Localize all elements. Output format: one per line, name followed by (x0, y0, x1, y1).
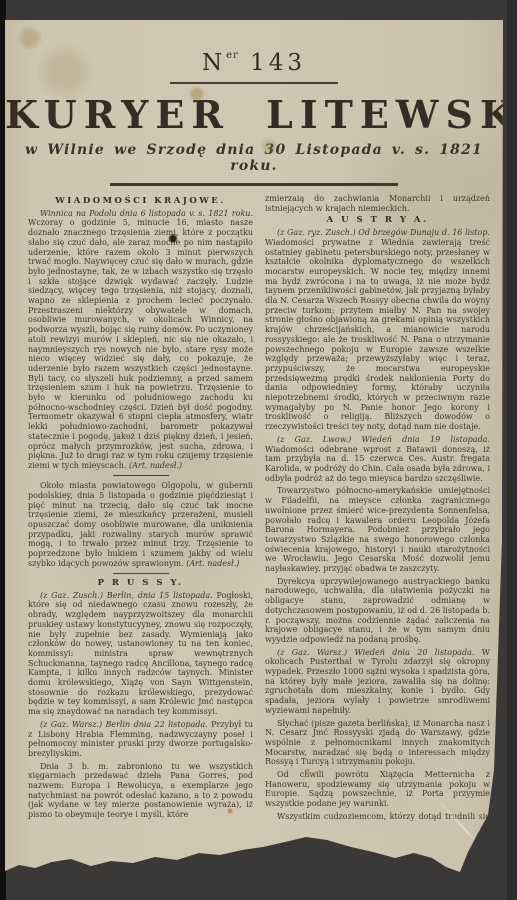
article-paragraph: Słychać (pisze gazeta berlińska), iż Mon… (265, 719, 490, 768)
article-dateline: (z Gaz. ryz. Zusch.) Od brzegów Dunaju d… (277, 228, 490, 237)
article-dateline: Winnica na Podolu dnia 6 listopada v. s.… (40, 209, 253, 218)
newspaper-title: KURYER LITEWSKI (5, 92, 503, 137)
masthead: Ner 143 KURYER LITEWSKI w Wilnie we Srzo… (5, 20, 503, 186)
article-paragraph: (z Gaz. Zusch.) Berlin, dnia 15 listopad… (28, 591, 253, 717)
section-header-prussy: P R U S S Y. (28, 579, 253, 589)
article-divider-rule (113, 475, 169, 477)
column-left: WIADOMOŚCI KRAJOWE. Winnica na Podolu dn… (28, 194, 253, 822)
article-dateline: (z Gaz. Lwow.) Wiedeń dnia 19 listopada. (277, 435, 490, 444)
article-signature: (Art. nadesł.) (186, 559, 239, 568)
article-signature: (Art. nadesł.) (129, 461, 182, 470)
article-paragraph: Winnica na Podolu dnia 6 listopada v. s.… (28, 209, 253, 471)
newspaper-page: Ner 143 KURYER LITEWSKI w Wilnie we Srzo… (5, 20, 503, 882)
article-paragraph: (z Gaz. Lwow.) Wiedeń dnia 19 listopada.… (265, 435, 490, 484)
section-header-austrya: A U S T R Y A. (265, 216, 490, 226)
article-columns: WIADOMOŚCI KRAJOWE. Winnica na Podolu dn… (5, 186, 503, 822)
dateline: w Wilnie we Srzodę dnia 30 Listopada v. … (5, 142, 503, 174)
article-divider-rule (113, 573, 169, 575)
article-paragraph: Dyrekcya uprzywilejowanego austryackiego… (265, 577, 490, 645)
article-paragraph-carryover: zmierzaią do zachwiania Monarchii i urzą… (265, 194, 490, 213)
article-paragraph: Towarzystwo północno-amerykańskie umieję… (265, 486, 490, 573)
section-header-wiadomosci-krajowe: WIADOMOŚCI KRAJOWE. (28, 197, 253, 207)
issue-number-superscript: er (226, 50, 239, 61)
article-paragraph: (z Gaz. Warsz.) Wiedeń dnia 20 listopada… (265, 648, 490, 716)
article-paragraph: (z Gaz. ryz. Zusch.) Od brzegów Dunaju d… (265, 228, 490, 432)
article-paragraph: Dnia 3 b. m. zabroniono tu we wszystkich… (28, 762, 253, 820)
article-dateline: (z Gaz. Warsz.) Wiedeń dnia 20 listopada… (277, 648, 474, 657)
column-right: zmierzaią do zachwiania Monarchii i urzą… (265, 194, 490, 822)
article-paragraph: Od chwili powrótu Xiążęcia Metternicha z… (265, 770, 490, 809)
article-dateline: (z Gaz. Warsz.) Berlin dnia 22 listopada… (40, 720, 208, 729)
issue-number: Ner 143 (5, 50, 503, 76)
article-paragraph: Około miasta powiatowego Olgopolu, w gub… (28, 481, 253, 568)
article-paragraph: (z Gaz. Warsz.) Berlin dnia 22 listopada… (28, 720, 253, 759)
masthead-rule-thin (170, 82, 338, 84)
article-dateline: (z Gaz. Zusch.) Berlin, dnia 15 listopad… (40, 591, 213, 600)
scan-backdrop-right (507, 0, 517, 900)
